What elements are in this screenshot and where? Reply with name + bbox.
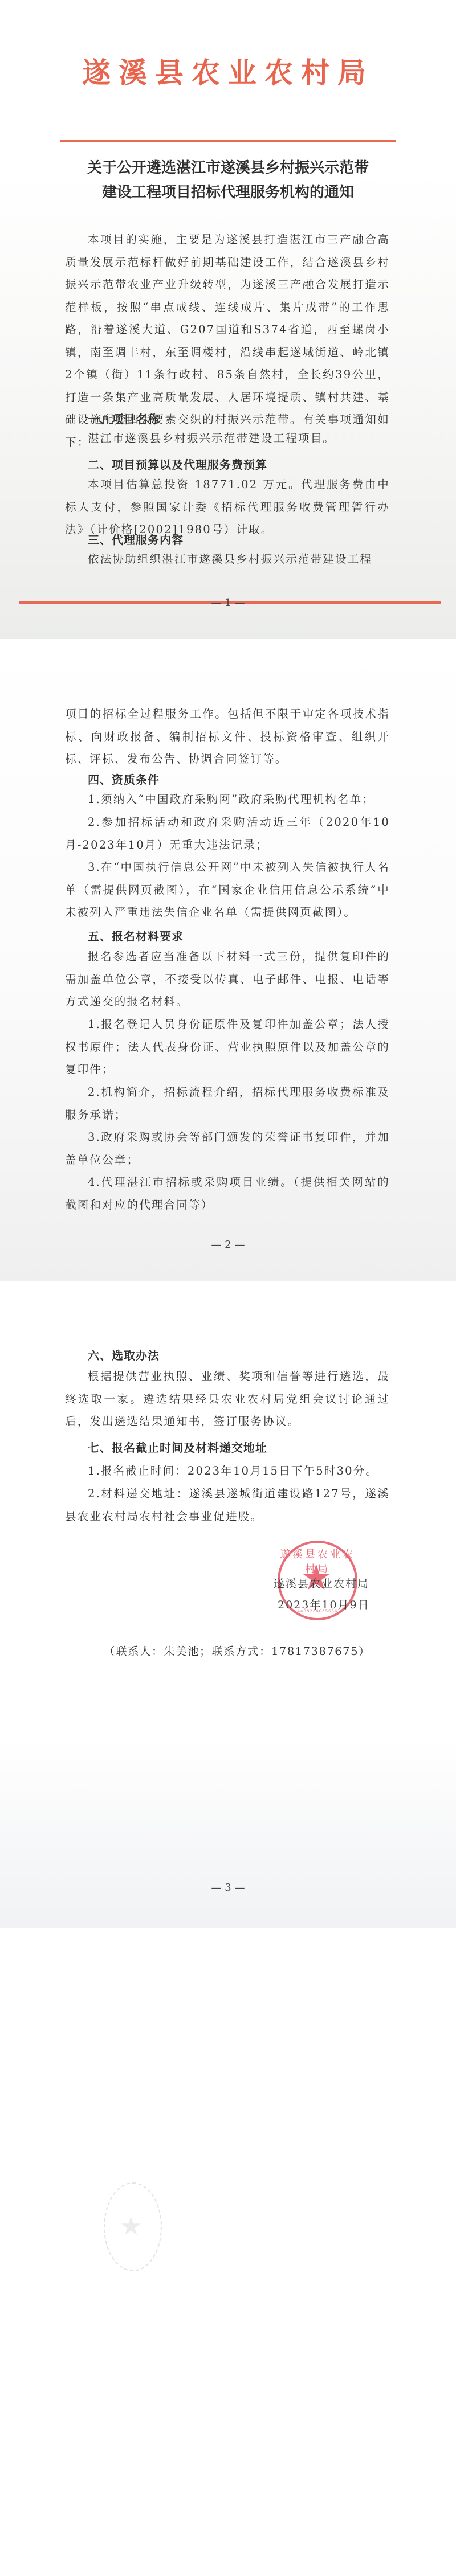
section-5-item-4: 4.代理湛江市招标或采购项目业绩。（提供相关网站的截图和对应的代理合同等）: [65, 1171, 390, 1216]
page-number-2: — 2 —: [0, 1239, 456, 1251]
section-5-item-3: 3.政府采购或协会等部门颁发的荣誉证书复印件，并加盖单位公章；: [65, 1126, 390, 1171]
section-3-body-part-2: 项目的招标全过程服务工作。包括但不限于审定各项技术指标、向财政报备、编制招标文件…: [65, 703, 390, 771]
ghost-seal-star-icon: ★: [120, 2212, 142, 2241]
ghost-seal-bleedthrough: ★: [104, 2182, 162, 2271]
document-title-line-1: 关于公开遴选湛江市遂溪县乡村振兴示范带: [0, 156, 456, 181]
section-5-heading: 五、报名材料要求: [88, 927, 184, 944]
page-number-1: — 1 —: [0, 597, 456, 609]
section-4-heading: 四、资质条件: [88, 771, 160, 787]
signature-org: 遂溪县农业农村局: [274, 1575, 369, 1591]
section-1-body: 湛江市遂溪县乡村振兴示范带建设工程项目。: [65, 427, 390, 450]
section-7-heading: 七、报名截止时间及材料递交地址: [88, 1439, 267, 1455]
page-number-3: — 3 —: [0, 1882, 456, 1894]
section-7-item-1: 1.报名截止时间：2023年10月15日下午5时30分。: [65, 1460, 390, 1482]
document-title-line-2: 建设工程项目招标代理服务机构的通知: [0, 181, 456, 205]
section-2-heading: 二、项目预算以及代理服务费预算: [88, 456, 267, 472]
document-title: 关于公开遴选湛江市遂溪县乡村振兴示范带 建设工程项目招标代理服务机构的通知: [0, 156, 456, 205]
masthead-agency-name: 遂溪县农业农村局: [0, 50, 456, 91]
section-7-item-2: 2.材料递交地址：遂溪县遂城街道建设路127号，遂溪县农业农村局农村社会事业促进…: [65, 1482, 390, 1527]
signature-date: 2023年10月9日: [278, 1596, 370, 1612]
masthead-red-rule: [60, 140, 396, 142]
section-4-item-2: 2.参加招标活动和政府采购活动近三年（2020年10月-2023年10月）无重大…: [65, 811, 390, 856]
section-5-item-2: 2.机构简介，招标流程介绍，招标代理服务收费标准及服务承诺；: [65, 1081, 390, 1126]
section-6-body: 根据提供营业执照、业绩、奖项和信誉等进行遴选，最终选取一家。遴选结果经县农业农村…: [65, 1365, 390, 1433]
section-1-heading: 一、项目名称: [88, 410, 160, 427]
section-3-heading: 三、代理服务内容: [88, 531, 184, 547]
page-4-blank: [0, 1928, 456, 2576]
section-6-heading: 六、选取办法: [88, 1346, 160, 1363]
contact-info: （联系人：朱美池；联系方式：17817387675）: [104, 1640, 400, 1663]
section-4-item-3: 3.在“中国执行信息公开网”中未被列入失信被执行人名单（需提供网页截图），在“国…: [65, 856, 390, 924]
section-4-item-1: 1.须纳入“中国政府采购网”政府采购代理机构名单；: [65, 788, 390, 811]
section-3-body-part-1: 依法协助组织湛江市遂溪县乡村振兴示范带建设工程: [65, 548, 390, 571]
section-5-item-1: 1.报名登记人员身份证原件及复印件加盖公章；法人授权书原件；法人代表身份证、营业…: [65, 1013, 390, 1081]
section-5-intro: 报名参选者应当准备以下材料一式三份，提供复印件的需加盖单位公章，不接受以传真、电…: [65, 945, 390, 1013]
